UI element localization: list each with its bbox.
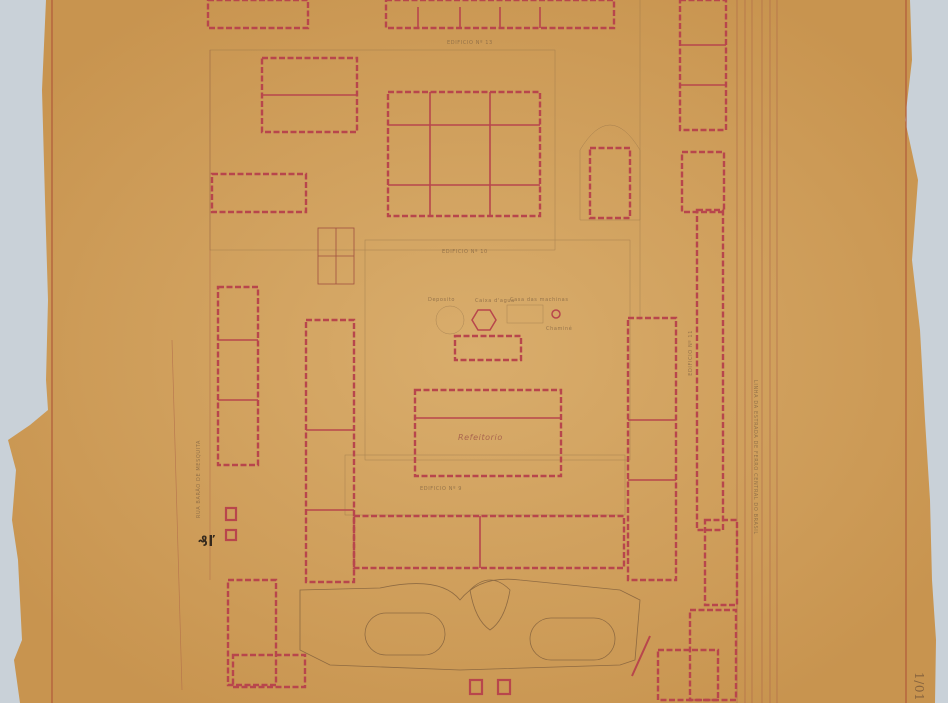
paper-sheet xyxy=(8,0,936,703)
label-edificio-11: EDIFICIO Nº 11 xyxy=(688,330,694,376)
sheet-number: 1/01 xyxy=(912,672,926,701)
label-street-name: RUA BARÃO DE MESQUITA xyxy=(196,440,202,518)
label-casa-machinas: Casa das machinas xyxy=(510,297,569,303)
label-edificio-13: EDIFICIO Nº 13 xyxy=(447,40,493,46)
label-railway-line: LINHA DA ESTRADA DE FERRO CENTRAL DO BRA… xyxy=(752,380,758,535)
site-plan-sheet: EDIFICIO Nº 13 EDIFICIO Nº 10 EDIFICIO N… xyxy=(0,0,948,703)
site-plan-drawing xyxy=(0,0,948,703)
label-deposito: Deposito xyxy=(428,297,455,303)
label-refeitorio: Refeitorio xyxy=(458,433,503,442)
label-edificio-10: EDIFICIO Nº 10 xyxy=(442,249,488,255)
label-chamine: Chaminé xyxy=(546,326,572,332)
ink-mark: ₰ľ xyxy=(198,534,216,550)
label-edificio-9: EDIFICIO Nº 9 xyxy=(420,486,462,492)
label-caixa-dagua: Caixa d'agua xyxy=(475,298,515,304)
